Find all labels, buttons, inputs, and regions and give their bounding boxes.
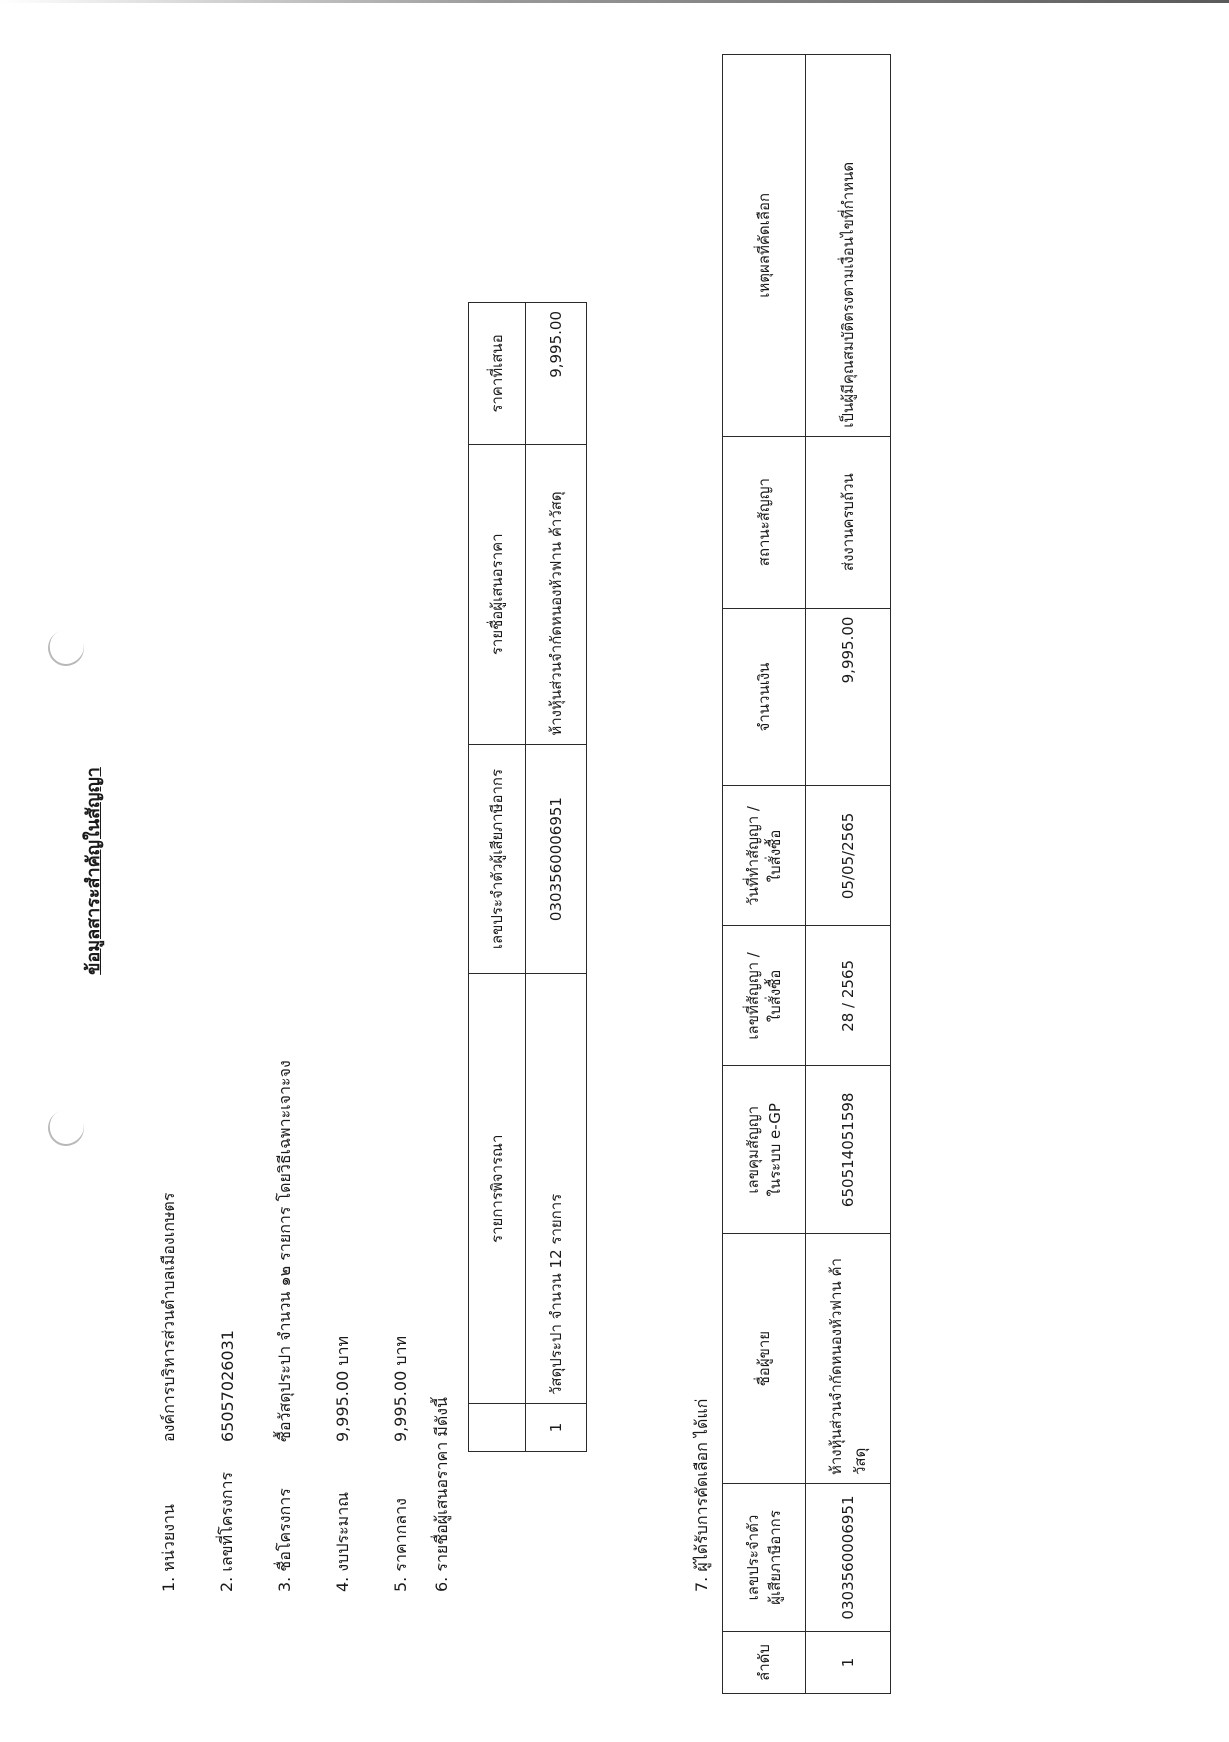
column-header: รายชื่อผู้เสนอราคา bbox=[469, 444, 526, 744]
info-label: 1. หน่วยงาน bbox=[157, 1492, 182, 1592]
column-header: จำนวนเงิน bbox=[723, 608, 806, 786]
cell-amount: 9,995.00 bbox=[806, 608, 891, 786]
cell-selection-reason: เป็นผู้มีคุณสมบัติตรงตามเงื่อนไขที่กำหนด bbox=[806, 55, 891, 437]
info-value: องค์การบริหารส่วนตำบลเมืองเกษตร bbox=[157, 1193, 182, 1442]
cell-contract-date: 05/05/2565 bbox=[806, 786, 891, 926]
cell-price: 9,995.00 bbox=[526, 303, 587, 445]
info-value: 9,995.00 บาท bbox=[389, 1336, 414, 1442]
table-row: 1 วัสดุประปา จำนวน 12 รายการ 03035600069… bbox=[526, 303, 587, 1452]
bidders-table: รายการพิจารณา เลขประจำตัวผู้เสียภาษีอากร… bbox=[468, 302, 587, 1452]
column-header: ชื่อผู้ขาย bbox=[723, 1234, 806, 1484]
info-label: 2. เลขที่โครงการ bbox=[215, 1492, 240, 1592]
cell-tax-id: 0303560006951 bbox=[526, 744, 587, 974]
info-value: ซื้อวัสดุประปา จำนวน ๑๒ รายการ โดยวิธีเฉ… bbox=[273, 1060, 298, 1442]
info-label: 4. งบประมาณ bbox=[331, 1492, 356, 1592]
column-header: วันที่ทำสัญญา / ใบสั่งซื้อ bbox=[723, 786, 806, 926]
column-header: ลำดับ bbox=[723, 1632, 806, 1694]
cell-bidder-name: ห้างหุ้นส่วนจำกัดหนองหัวฟาน ค้าวัสดุ bbox=[526, 444, 587, 744]
column-header: ราคาที่เสนอ bbox=[469, 303, 526, 445]
cell-seller-name: ห้างหุ้นส่วนจำกัดหนองหัวฟาน ค้าวัสดุ bbox=[806, 1234, 891, 1484]
section6-heading: 6. รายชื่อผู้เสนอราคา มีดังนี้ bbox=[430, 1397, 455, 1592]
table-header-row: รายการพิจารณา เลขประจำตัวผู้เสียภาษีอากร… bbox=[469, 303, 526, 1452]
info-label: 5. ราคากลาง bbox=[389, 1492, 414, 1592]
column-header: รายการพิจารณา bbox=[469, 974, 526, 1404]
winners-table: ลำดับ เลขประจำตัว ผู้เสียภาษีอากร ชื่อผู… bbox=[722, 54, 891, 1694]
info-value: 65057026031 bbox=[218, 1330, 237, 1442]
column-header: เลขที่สัญญา / ใบสั่งซื้อ bbox=[723, 926, 806, 1066]
info-row-agency: 1. หน่วยงาน องค์การบริหารส่วนตำบลเมืองเก… bbox=[140, 1060, 198, 1592]
column-header: เลขประจำตัว ผู้เสียภาษีอากร bbox=[723, 1484, 806, 1632]
cell-item: วัสดุประปา จำนวน 12 รายการ bbox=[526, 974, 587, 1404]
cell-contract-status: ส่งงานครบถ้วน bbox=[806, 436, 891, 608]
column-header: เลขคุมสัญญา ในระบบ e-GP bbox=[723, 1066, 806, 1234]
cell-egp-number: 650514051598 bbox=[806, 1066, 891, 1234]
document-title: ข้อมูลสาระสำคัญในสัญญา bbox=[78, 0, 107, 1742]
project-info: 1. หน่วยงาน องค์การบริหารส่วนตำบลเมืองเก… bbox=[140, 1060, 430, 1592]
info-row-project-name: 3. ชื่อโครงการ ซื้อวัสดุประปา จำนวน ๑๒ ร… bbox=[256, 1060, 314, 1592]
info-row-project-number: 2. เลขที่โครงการ 65057026031 bbox=[198, 1060, 256, 1592]
section7-heading: 7. ผู้ได้รับการคัดเลือก ได้แก่ bbox=[690, 1399, 715, 1592]
cell-contract-number: 28 / 2565 bbox=[806, 926, 891, 1066]
info-value: 9,995.00 บาท bbox=[331, 1336, 356, 1442]
cell-order: 1 bbox=[806, 1632, 891, 1694]
column-header: เลขประจำตัวผู้เสียภาษีอากร bbox=[469, 744, 526, 974]
column-header bbox=[469, 1404, 526, 1452]
cell-tax-id: 0303560006951 bbox=[806, 1484, 891, 1632]
cell-order: 1 bbox=[526, 1404, 587, 1452]
document-page: ข้อมูลสาระสำคัญในสัญญา 1. หน่วยงาน องค์ก… bbox=[0, 0, 1229, 1742]
column-header: สถานะสัญญา bbox=[723, 436, 806, 608]
info-row-median-price: 5. ราคากลาง 9,995.00 บาท bbox=[372, 1060, 430, 1592]
table-header-row: ลำดับ เลขประจำตัว ผู้เสียภาษีอากร ชื่อผู… bbox=[723, 55, 806, 1694]
info-row-budget: 4. งบประมาณ 9,995.00 บาท bbox=[314, 1060, 372, 1592]
table-row: 1 0303560006951 ห้างหุ้นส่วนจำกัดหนองหัว… bbox=[806, 55, 891, 1694]
column-header: เหตุผลที่คัดเลือก bbox=[723, 55, 806, 437]
info-label: 3. ชื่อโครงการ bbox=[273, 1492, 298, 1592]
